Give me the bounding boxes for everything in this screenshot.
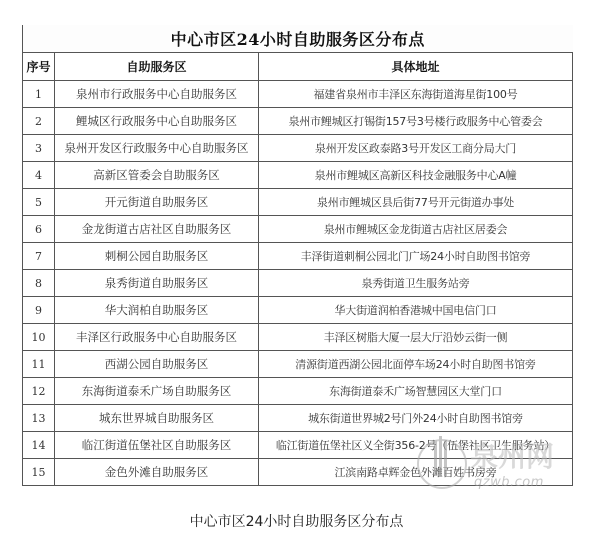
- row-address: 泉州市鲤城区金龙街道古店社区居委会: [259, 216, 573, 243]
- table-row: 5开元街道自助服务区泉州市鲤城区县后街77号开元街道办事处: [23, 189, 573, 216]
- row-service-area: 高新区管委会自助服务区: [55, 162, 259, 189]
- row-address: 清源街道西湖公园北面停车场24小时自助图书馆旁: [259, 351, 573, 378]
- row-address: 福建省泉州市丰泽区东海街道海星街100号: [259, 81, 573, 108]
- row-service-area: 金龙街道古店社区自助服务区: [55, 216, 259, 243]
- row-address: 江滨南路卓辉金色外滩百姓书房旁: [259, 459, 573, 486]
- row-index: 8: [23, 270, 55, 297]
- table-row: 10丰泽区行政服务中心自助服务区丰泽区树脂大厦一层大厅沿妙云街一侧: [23, 324, 573, 351]
- header-address: 具体地址: [259, 53, 573, 81]
- header-index: 序号: [23, 53, 55, 81]
- row-service-area: 泉州开发区行政服务中心自助服务区: [55, 135, 259, 162]
- table-row: 12东海街道泰禾广场自助服务区东海街道泰禾广场智慧园区大堂门口: [23, 378, 573, 405]
- row-address: 泉州市鲤城区打锡街157号3号楼行政服务中心管委会: [259, 108, 573, 135]
- table-row: 15金色外滩自助服务区江滨南路卓辉金色外滩百姓书房旁: [23, 459, 573, 486]
- table-row: 7刺桐公园自助服务区丰泽街道刺桐公园北门广场24小时自助图书馆旁: [23, 243, 573, 270]
- row-service-area: 东海街道泰禾广场自助服务区: [55, 378, 259, 405]
- row-service-area: 临江街道伍堡社区自助服务区: [55, 432, 259, 459]
- row-service-area: 城东世界城自助服务区: [55, 405, 259, 432]
- table-row: 13城东世界城自助服务区城东街道世界城2号门外24小时自助图书馆旁: [23, 405, 573, 432]
- row-address: 丰泽区树脂大厦一层大厅沿妙云街一侧: [259, 324, 573, 351]
- row-index: 5: [23, 189, 55, 216]
- row-address: 丰泽街道刺桐公园北门广场24小时自助图书馆旁: [259, 243, 573, 270]
- row-index: 12: [23, 378, 55, 405]
- row-index: 13: [23, 405, 55, 432]
- table-row: 1泉州市行政服务中心自助服务区福建省泉州市丰泽区东海街道海星街100号: [23, 81, 573, 108]
- row-address: 东海街道泰禾广场智慧园区大堂门口: [259, 378, 573, 405]
- row-index: 10: [23, 324, 55, 351]
- row-service-area: 鲤城区行政服务中心自助服务区: [55, 108, 259, 135]
- table-row: 14临江街道伍堡社区自助服务区临江街道伍堡社区义全街356-2号（伍堡社区卫生服…: [23, 432, 573, 459]
- table-row: 9华大润柏自助服务区华大街道润柏香港城中国电信门口: [23, 297, 573, 324]
- row-service-area: 华大润柏自助服务区: [55, 297, 259, 324]
- row-address: 泉秀街道卫生服务站旁: [259, 270, 573, 297]
- service-area-table: 中心市区24小时自助服务区分布点 序号 自助服务区 具体地址 1泉州市行政服务中…: [22, 25, 573, 486]
- row-index: 2: [23, 108, 55, 135]
- row-address: 泉州市鲤城区高新区科技金融服务中心A幢: [259, 162, 573, 189]
- header-name: 自助服务区: [55, 53, 259, 81]
- row-index: 14: [23, 432, 55, 459]
- row-index: 15: [23, 459, 55, 486]
- row-address: 泉州市鲤城区县后街77号开元街道办事处: [259, 189, 573, 216]
- table-row: 6金龙街道古店社区自助服务区泉州市鲤城区金龙街道古店社区居委会: [23, 216, 573, 243]
- row-address: 泉州开发区政泰路3号开发区工商分局大门: [259, 135, 573, 162]
- row-address: 临江街道伍堡社区义全街356-2号（伍堡社区卫生服务站）: [259, 432, 573, 459]
- row-index: 7: [23, 243, 55, 270]
- row-service-area: 金色外滩自助服务区: [55, 459, 259, 486]
- table-row: 3泉州开发区行政服务中心自助服务区泉州开发区政泰路3号开发区工商分局大门: [23, 135, 573, 162]
- row-address: 华大街道润柏香港城中国电信门口: [259, 297, 573, 324]
- row-service-area: 泉秀街道自助服务区: [55, 270, 259, 297]
- row-index: 6: [23, 216, 55, 243]
- row-index: 11: [23, 351, 55, 378]
- figure-caption: 中心市区24小时自助服务区分布点: [0, 511, 593, 531]
- table-row: 2鲤城区行政服务中心自助服务区泉州市鲤城区打锡街157号3号楼行政服务中心管委会: [23, 108, 573, 135]
- row-address: 城东街道世界城2号门外24小时自助图书馆旁: [259, 405, 573, 432]
- row-index: 1: [23, 81, 55, 108]
- table-body: 1泉州市行政服务中心自助服务区福建省泉州市丰泽区东海街道海星街100号2鲤城区行…: [23, 81, 573, 486]
- row-service-area: 丰泽区行政服务中心自助服务区: [55, 324, 259, 351]
- row-service-area: 刺桐公园自助服务区: [55, 243, 259, 270]
- row-service-area: 开元街道自助服务区: [55, 189, 259, 216]
- table-row: 4高新区管委会自助服务区泉州市鲤城区高新区科技金融服务中心A幢: [23, 162, 573, 189]
- row-index: 4: [23, 162, 55, 189]
- row-service-area: 西湖公园自助服务区: [55, 351, 259, 378]
- table-row: 11西湖公园自助服务区清源街道西湖公园北面停车场24小时自助图书馆旁: [23, 351, 573, 378]
- row-index: 3: [23, 135, 55, 162]
- row-index: 9: [23, 297, 55, 324]
- row-service-area: 泉州市行政服务中心自助服务区: [55, 81, 259, 108]
- table-header-row: 序号 自助服务区 具体地址: [23, 53, 573, 81]
- table-row: 8泉秀街道自助服务区泉秀街道卫生服务站旁: [23, 270, 573, 297]
- table-title: 中心市区24小时自助服务区分布点: [23, 25, 573, 53]
